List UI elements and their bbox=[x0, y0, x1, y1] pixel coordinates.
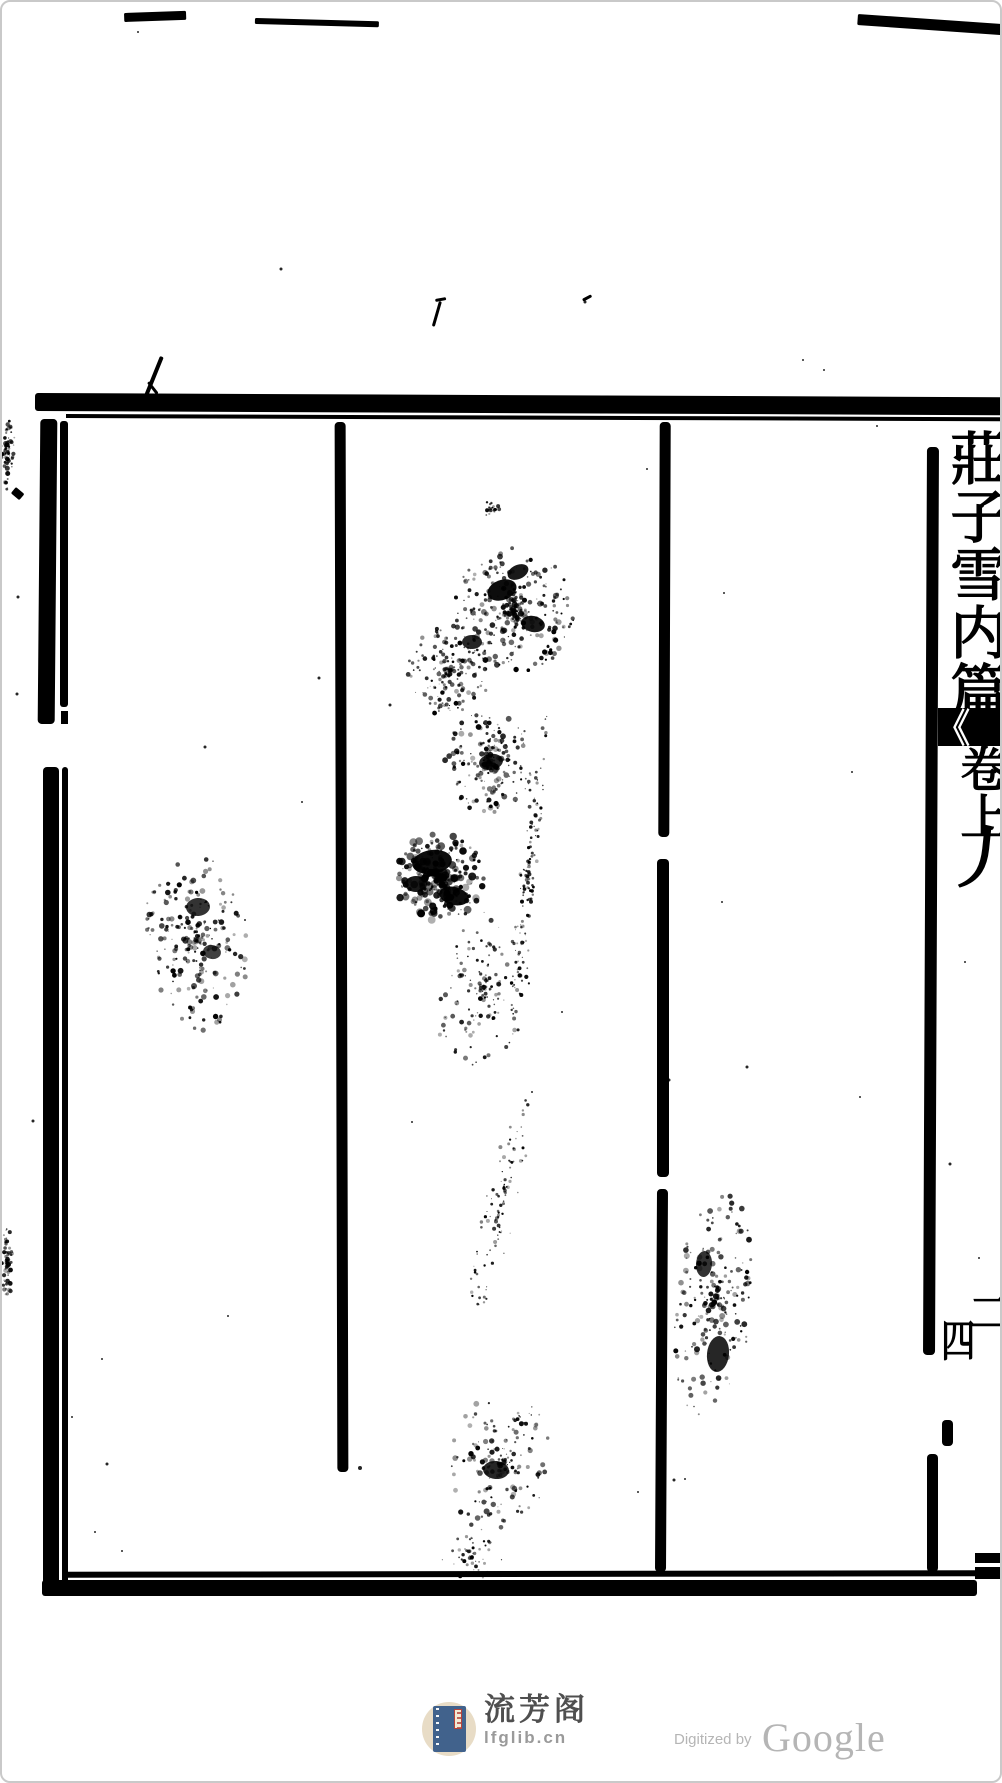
book-title-label-icon bbox=[454, 1709, 462, 1729]
book-title-vertical: 莊子雪内篇 bbox=[940, 429, 1002, 719]
ink-smudge-layer bbox=[2, 2, 1002, 1783]
column-divider-2-upper bbox=[658, 422, 670, 837]
fishtail-mark: 《 bbox=[938, 708, 1002, 746]
left-border-outer-upper bbox=[38, 419, 58, 724]
top-border-bar bbox=[35, 393, 1002, 415]
column-divider-2-middle bbox=[657, 859, 669, 1177]
top-border-thin-line bbox=[66, 414, 1002, 421]
left-border-outer-lower bbox=[43, 767, 59, 1593]
right-border-upper bbox=[923, 447, 939, 1355]
partial-character-stroke: 丿 bbox=[943, 823, 1002, 900]
scanned-book-page: 莊子雪内篇 《 卷上 丿 二 四 流芳阁 lfglib.cn Digitized… bbox=[0, 0, 1002, 1783]
watermark-site-name: 流芳阁 bbox=[484, 1692, 589, 1728]
bottom-border-thin-line bbox=[64, 1570, 977, 1578]
bottom-border-bar bbox=[42, 1580, 977, 1596]
left-border-inner-upper bbox=[60, 421, 68, 707]
watermark-badge bbox=[422, 1702, 476, 1756]
watermark-site-url: lfglib.cn bbox=[484, 1728, 589, 1748]
edge-page-mark-top bbox=[975, 1553, 1002, 1563]
left-border-inner-lower bbox=[62, 767, 68, 1589]
column-divider-2-lower bbox=[655, 1189, 668, 1572]
column-divider-1 bbox=[335, 422, 349, 1472]
book-icon bbox=[433, 1706, 466, 1752]
book-stitching-icon bbox=[436, 1708, 439, 1750]
left-border-inner-dash bbox=[61, 711, 68, 724]
library-watermark: 流芳阁 lfglib.cn bbox=[422, 1692, 589, 1762]
right-border-fragment bbox=[942, 1420, 953, 1446]
edge-page-mark-bottom bbox=[975, 1567, 1002, 1579]
digitized-by-text: Digitized by bbox=[674, 1731, 752, 1749]
google-logo: Google bbox=[762, 1716, 886, 1760]
watermark-text: 流芳阁 lfglib.cn bbox=[484, 1692, 589, 1748]
page-number-char-2: 四 bbox=[941, 1320, 975, 1364]
right-border-lower bbox=[927, 1454, 938, 1572]
